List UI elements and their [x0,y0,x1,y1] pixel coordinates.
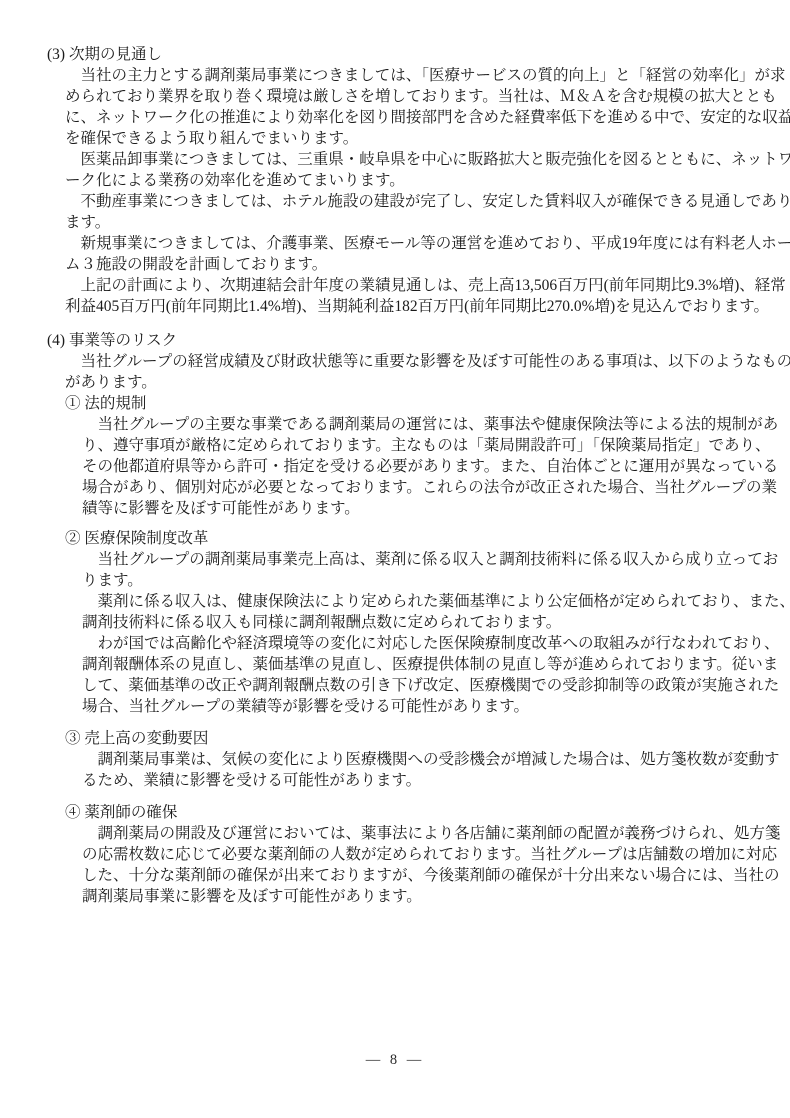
text-line: 調剤薬局事業は、気候の変化により医療機関への受診機会が増減した場合は、処方箋枚数… [82,749,757,770]
text-line: わが国では高齢化や経済環境等の変化に対応した医保険療制度改革への取組みが行なわれ… [82,633,757,654]
text-line: 不動産事業につきましては、ホテル施設の建設が完了し、安定した賃料収入が確保できる… [65,191,757,212]
document-content: (3) 次期の見通し 当社の主力とする調剤薬局事業につきましては、「医療サービス… [47,44,757,907]
text-line: り、遵守事項が厳格に定められております。主なものは「薬局開設許可」「保険薬局指定… [82,435,757,456]
text-line: められており業界を取り巻く環境は厳しさを増しております。当社は、Ｍ＆Ａを含む規模… [65,86,757,107]
text-line: その他都道府県等から許可・指定を受ける必要があります。また、自治体ごとに運用が異… [82,456,757,477]
text-line: 当社グループの経営成績及び財政状態等に重要な影響を及ぼす可能性のある事項は、以下… [65,351,757,372]
text-line: 薬剤に係る収入は、健康保険法により定められた薬価基準により公定価格が定められてお… [82,591,757,612]
text-line: 績等に影響を及ぼす可能性があります。 [82,498,757,519]
risk-item-1-heading: ① 法的規制 [65,393,757,414]
text-line: 場合があり、個別対応が必要となっております。これらの法令が改正された場合、当社グ… [82,477,757,498]
text-line: ム３施設の開設を計画しております。 [65,254,757,275]
text-line: 上記の計画により、次期連結会計年度の業績見通しは、売上高13,506百万円(前年… [65,275,757,296]
text-line: 利益405百万円(前年同期比1.4%増)、当期純利益182百万円(前年同期比27… [65,296,757,317]
text-line: ーク化による業務の効率化を進めてまいります。 [65,170,757,191]
text-line: ます。 [65,212,757,233]
text-line: を確保できるよう取り組んでまいります。 [65,128,757,149]
text-line: の応需枚数に応じて必要な薬剤師の人数が定められております。当社グループは店舗数の… [82,844,757,865]
risk-item-4-heading: ④ 薬剤師の確保 [65,802,757,823]
text-line: るため、業績に影響を受ける可能性があります。 [82,770,757,791]
text-line: 調剤技術料に係る収入も同様に調剤報酬点数に定められております。 [82,612,757,633]
document-page: (3) 次期の見通し 当社の主力とする調剤薬局事業につきましては、「医療サービス… [0,0,790,1118]
text-line: 調剤薬局の開設及び運営においては、薬事法により各店舗に薬剤師の配置が義務づけられ… [82,823,757,844]
text-line: 新規事業につきましては、介護事業、医療モール等の運営を進めており、平成19年度に… [65,233,757,254]
text-line: 調剤報酬体系の見直し、薬価基準の見直し、医療提供体制の見直し等が進められておりま… [82,654,757,675]
text-line: 当社グループの主要な事業である調剤薬局の運営には、薬事法や健康保険法等による法的… [82,414,757,435]
text-line: 医薬品卸事業につきましては、三重県・岐阜県を中心に販路拡大と販売強化を図るととも… [65,149,757,170]
text-line: 場合、当社グループの業績等が影響を受ける可能性があります。 [82,696,757,717]
text-line: して、薬価基準の改正や調剤報酬点数の引き下げ改定、医療機関での受診抑制等の政策が… [82,675,757,696]
text-line: に、ネットワーク化の推進により効率化を図り間接部門を含めた経費率低下を進める中で… [65,107,757,128]
text-line: があります。 [65,372,757,393]
risk-item-2-heading: ② 医療保険制度改革 [65,528,757,549]
text-line: した、十分な薬剤師の確保が出来ておりますが、今後薬剤師の確保が十分出来ない場合に… [82,865,757,886]
section-4-heading: (4) 事業等のリスク [47,330,757,351]
text-line: ります。 [82,570,757,591]
text-line: 調剤薬局事業に影響を及ぼす可能性があります。 [82,886,757,907]
page-number: ― 8 ― [0,1050,790,1071]
text-line: 当社の主力とする調剤薬局事業につきましては、「医療サービスの質的向上」と「経営の… [65,65,757,86]
section-3-heading: (3) 次期の見通し [47,44,757,65]
text-line: 当社グループの調剤薬局事業売上高は、薬剤に係る収入と調剤技術料に係る収入から成り… [82,549,757,570]
risk-item-3-heading: ③ 売上高の変動要因 [65,728,757,749]
